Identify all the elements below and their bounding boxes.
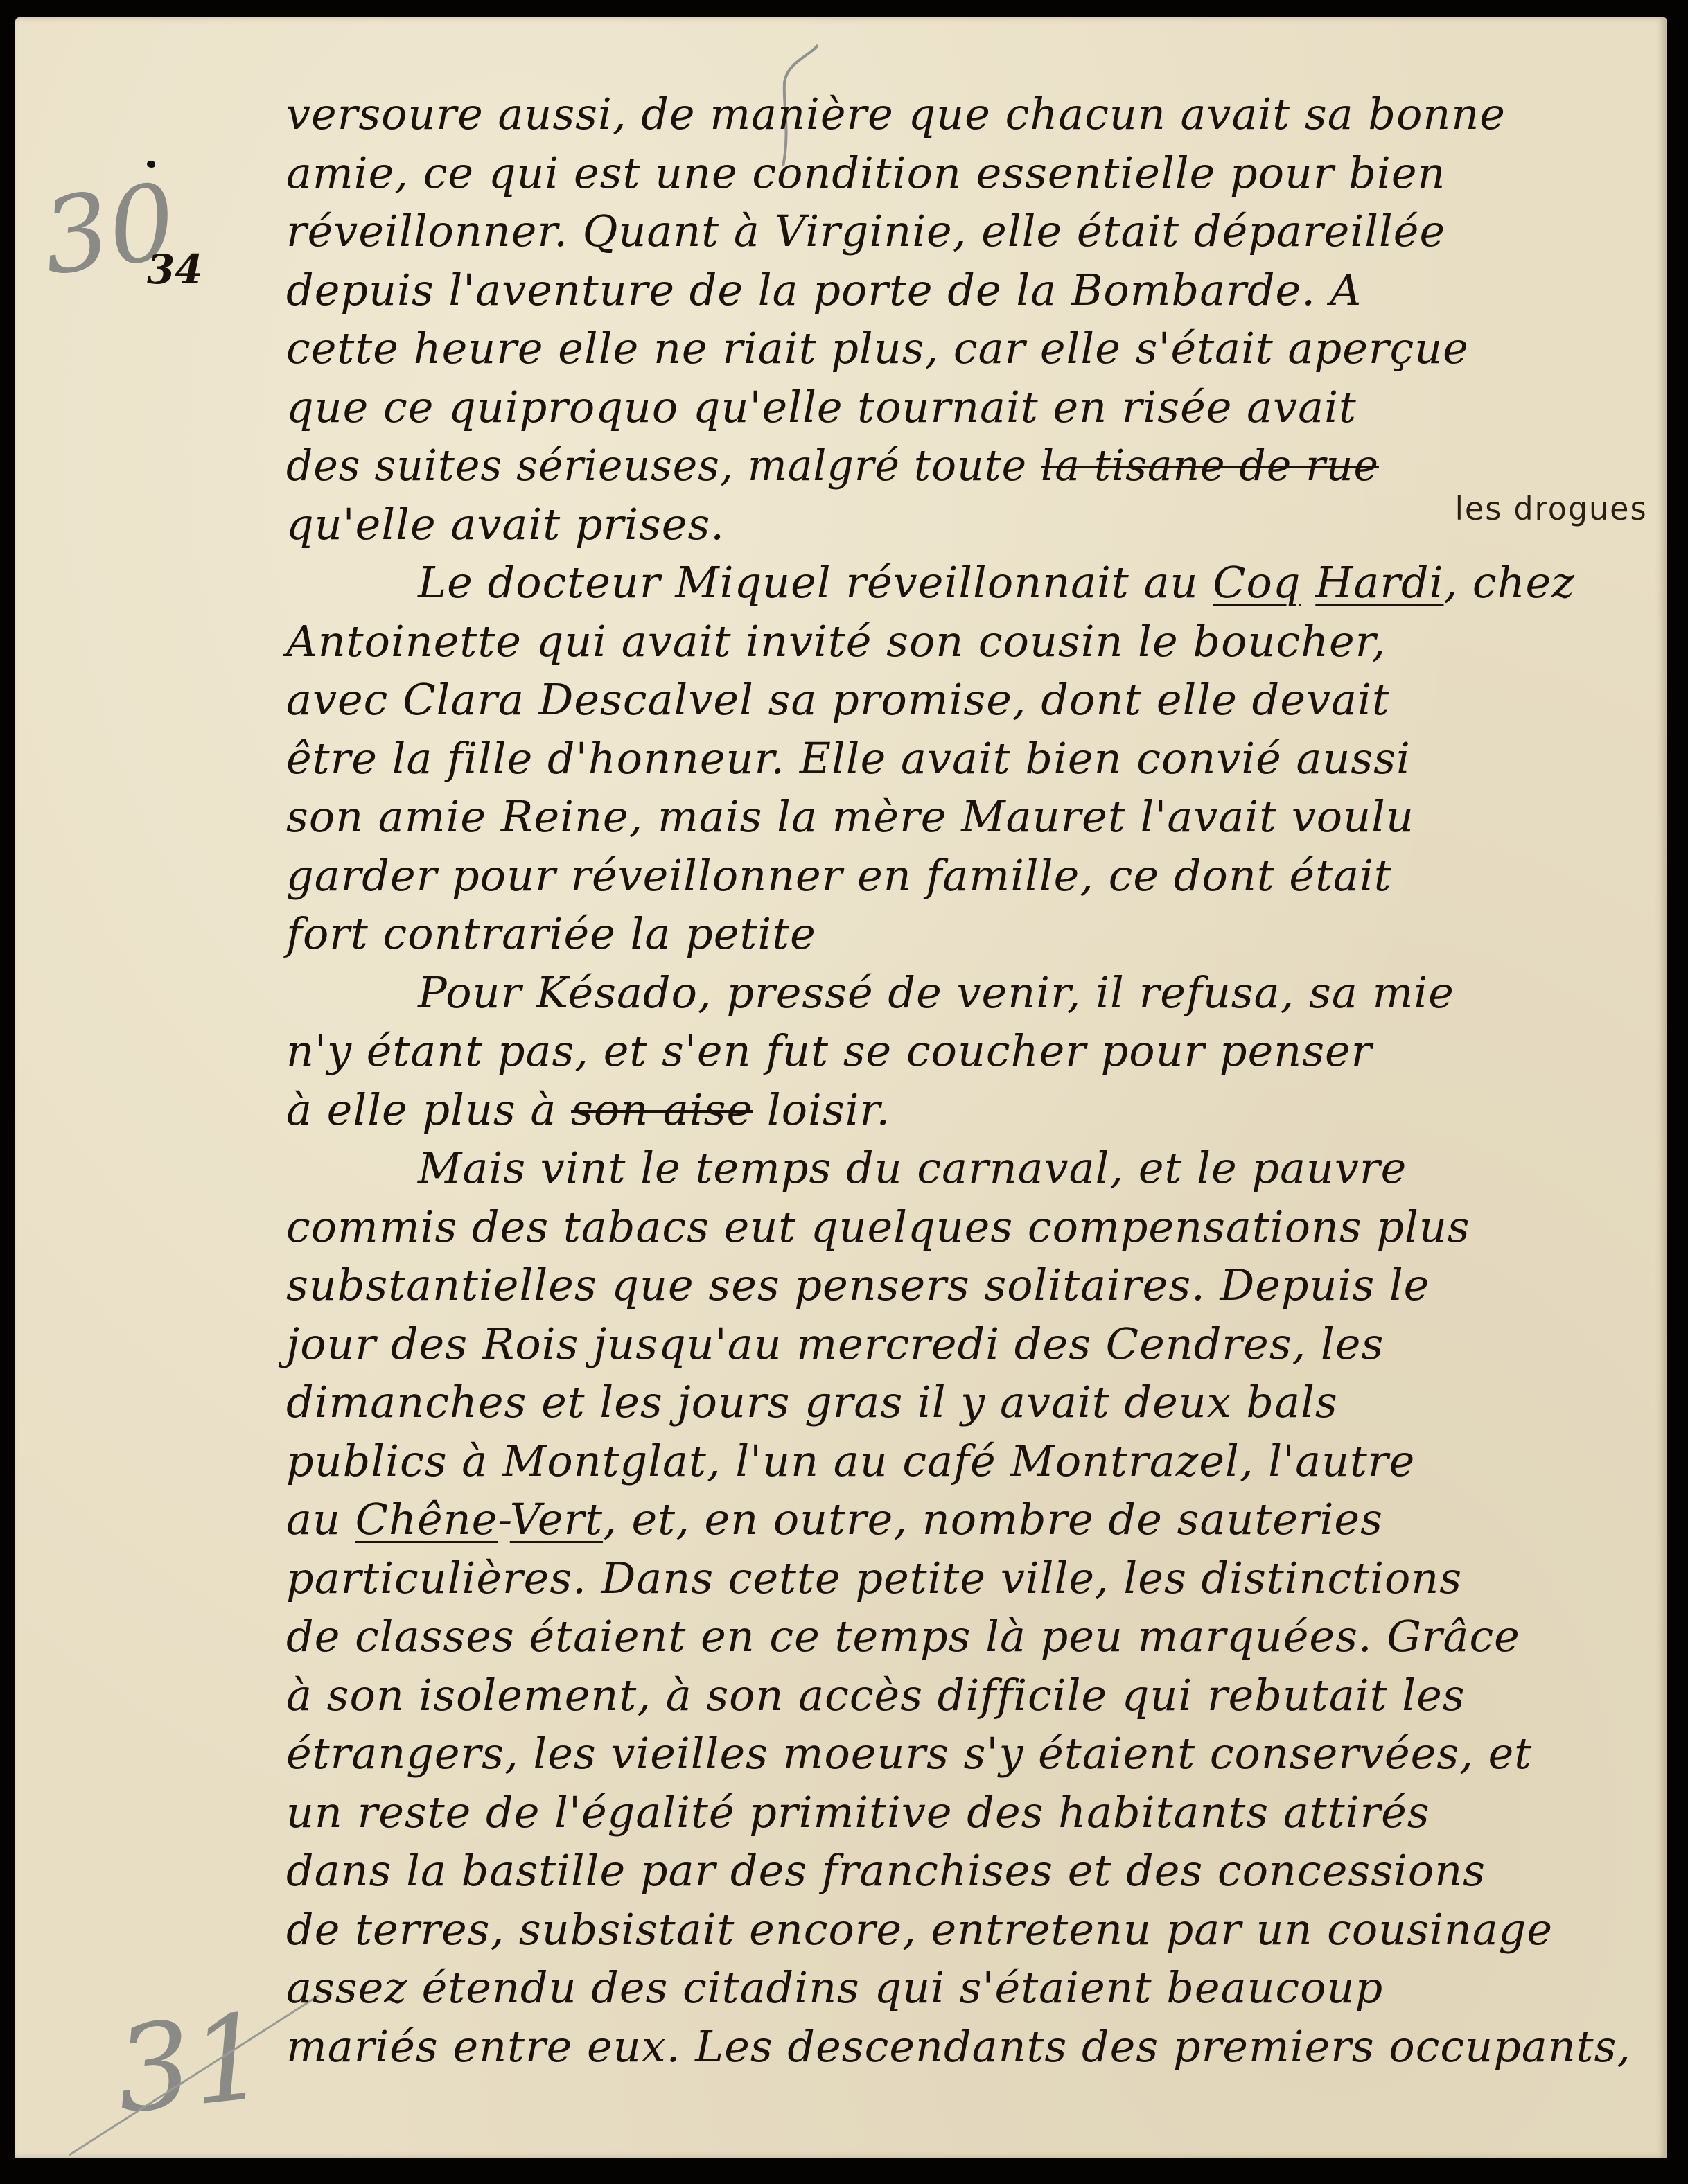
manuscript-line: versoure aussi, de manière que chacun av…: [286, 89, 1648, 139]
manuscript-line: à son isolement, à son accès difficile q…: [286, 1670, 1648, 1720]
line-text: particulières. Dans cette petite ville, …: [286, 1553, 1462, 1603]
manuscript-line: étrangers, les vieilles moeurs s'y étaie…: [286, 1728, 1648, 1779]
ink-dot-mark: [147, 161, 155, 168]
manuscript-line: un reste de l'égalité primitive des habi…: [286, 1787, 1648, 1838]
underlined-text: Coq: [1213, 557, 1301, 608]
line-text: assez étendu des citadins qui s'étaient …: [286, 1962, 1383, 2013]
line-text: mariés entre eux. Les descendants des pr…: [286, 2021, 1631, 2072]
line-text: Antoinette qui avait invité son cousin l…: [286, 616, 1386, 667]
manuscript-line: n'y étant pas, et s'en fut se coucher po…: [286, 1025, 1648, 1076]
line-text: Le docteur Miquel réveillonnait au: [418, 557, 1213, 608]
line-text: publics à Montglat, l'un au café Montraz…: [286, 1436, 1415, 1486]
line-text: [1301, 557, 1316, 608]
struck-out-text: son aise: [571, 1084, 753, 1135]
manuscript-line: jour des Rois jusqu'au mercredi des Cend…: [286, 1319, 1648, 1369]
underlined-text: Hardi: [1315, 557, 1443, 608]
manuscript-line: Antoinette qui avait invité son cousin l…: [286, 616, 1648, 667]
manuscript-line: Le docteur Miquel réveillonnait au Coq H…: [418, 557, 1648, 608]
manuscript-line: son amie Reine, mais la mère Mauret l'av…: [286, 791, 1648, 842]
line-text: depuis l'aventure de la porte de la Bomb…: [286, 265, 1362, 315]
manuscript-line: publics à Montglat, l'un au café Montraz…: [286, 1436, 1648, 1486]
line-text: avec Clara Descalvel sa promise, dont el…: [286, 674, 1390, 725]
manuscript-line: Pour Késado, pressé de venir, il refusa,…: [418, 967, 1648, 1018]
line-text: amie, ce qui est une condition essentiel…: [286, 148, 1445, 198]
line-text: réveillonner. Quant à Virginie, elle éta…: [286, 206, 1445, 256]
manuscript-line: qu'elle avait prises.: [286, 499, 1648, 549]
line-text: son amie Reine, mais la mère Mauret l'av…: [286, 791, 1414, 842]
line-text: -: [498, 1494, 509, 1544]
line-text: que ce quiproquo qu'elle tournait en ris…: [286, 382, 1357, 432]
line-text: à elle plus à: [286, 1084, 571, 1135]
line-text: versoure aussi, de manière que chacun av…: [286, 89, 1506, 139]
page-number: 34: [147, 246, 203, 293]
manuscript-line: réveillonner. Quant à Virginie, elle éta…: [286, 206, 1648, 256]
manuscript-line: à elle plus à son aise loisir.: [286, 1084, 1648, 1135]
line-text: dans la bastille par des franchises et d…: [286, 1845, 1486, 1896]
line-text: loisir.: [753, 1084, 890, 1135]
manuscript-line: cette heure elle ne riait plus, car elle…: [286, 323, 1648, 373]
manuscript-line: commis des tabacs eut quelques compensat…: [286, 1201, 1648, 1252]
line-text: n'y étant pas, et s'en fut se coucher po…: [286, 1025, 1372, 1076]
line-text: jour des Rois jusqu'au mercredi des Cend…: [286, 1319, 1384, 1369]
manuscript-line: fort contrariée la petite: [286, 908, 1648, 959]
line-text: cette heure elle ne riait plus, car elle…: [286, 323, 1469, 373]
manuscript-line: dans la bastille par des franchises et d…: [286, 1845, 1648, 1896]
manuscript-line: des suites sérieuses, malgré toute la ti…: [286, 440, 1602, 491]
line-text: à son isolement, à son accès difficile q…: [286, 1670, 1466, 1720]
line-text: être la fille d'honneur. Elle avait bien…: [286, 733, 1411, 784]
manuscript-line: particulières. Dans cette petite ville, …: [286, 1553, 1648, 1603]
line-text: un reste de l'égalité primitive des habi…: [286, 1787, 1430, 1838]
struck-out-text: la tisane de rue: [1041, 440, 1379, 491]
line-text: substantielles que ses pensers solitaire…: [286, 1260, 1430, 1310]
line-text: qu'elle avait prises.: [286, 499, 725, 549]
manuscript-line: garder pour réveillonner en famille, ce …: [286, 850, 1648, 901]
manuscript-line: de classes étaient en ce temps là peu ma…: [286, 1611, 1648, 1662]
line-text: des suites sérieuses, malgré toute: [286, 440, 1041, 491]
manuscript-line: être la fille d'honneur. Elle avait bien…: [286, 733, 1648, 784]
line-text: dimanches et les jours gras il y avait d…: [286, 1377, 1338, 1427]
line-text: commis des tabacs eut quelques compensat…: [286, 1201, 1470, 1252]
manuscript-line: assez étendu des citadins qui s'étaient …: [286, 1962, 1648, 2013]
line-text: Mais vint le temps du carnaval, et le pa…: [418, 1143, 1407, 1193]
line-text: Pour Késado, pressé de venir, il refusa,…: [418, 967, 1454, 1018]
manuscript-line: mariés entre eux. Les descendants des pr…: [286, 2021, 1648, 2072]
line-text: étrangers, les vieilles moeurs s'y étaie…: [286, 1728, 1532, 1779]
manuscript-line: substantielles que ses pensers solitaire…: [286, 1260, 1648, 1310]
underlined-text: Chêne: [355, 1494, 498, 1544]
underlined-text: Vert: [510, 1494, 603, 1544]
manuscript-line: dimanches et les jours gras il y avait d…: [286, 1377, 1648, 1427]
line-text: , chez: [1443, 557, 1574, 608]
line-text: au: [286, 1494, 355, 1544]
manuscript-line: de terres, subsistait encore, entretenu …: [286, 1904, 1648, 1955]
line-text: garder pour réveillonner en famille, ce …: [286, 850, 1392, 901]
manuscript-line: au Chêne-Vert, et, en outre, nombre de s…: [286, 1494, 1648, 1544]
line-text: fort contrariée la petite: [286, 908, 816, 959]
line-text: de terres, subsistait encore, entretenu …: [286, 1904, 1553, 1955]
manuscript-line: avec Clara Descalvel sa promise, dont el…: [286, 674, 1648, 725]
manuscript-line: Mais vint le temps du carnaval, et le pa…: [418, 1143, 1648, 1193]
manuscript-line: depuis l'aventure de la porte de la Bomb…: [286, 265, 1648, 315]
line-text: de classes étaient en ce temps là peu ma…: [286, 1611, 1520, 1662]
line-text: , et, en outre, nombre de sauteries: [603, 1494, 1383, 1544]
manuscript-line: amie, ce qui est une condition essentiel…: [286, 148, 1648, 198]
manuscript-line: que ce quiproquo qu'elle tournait en ris…: [286, 382, 1648, 432]
